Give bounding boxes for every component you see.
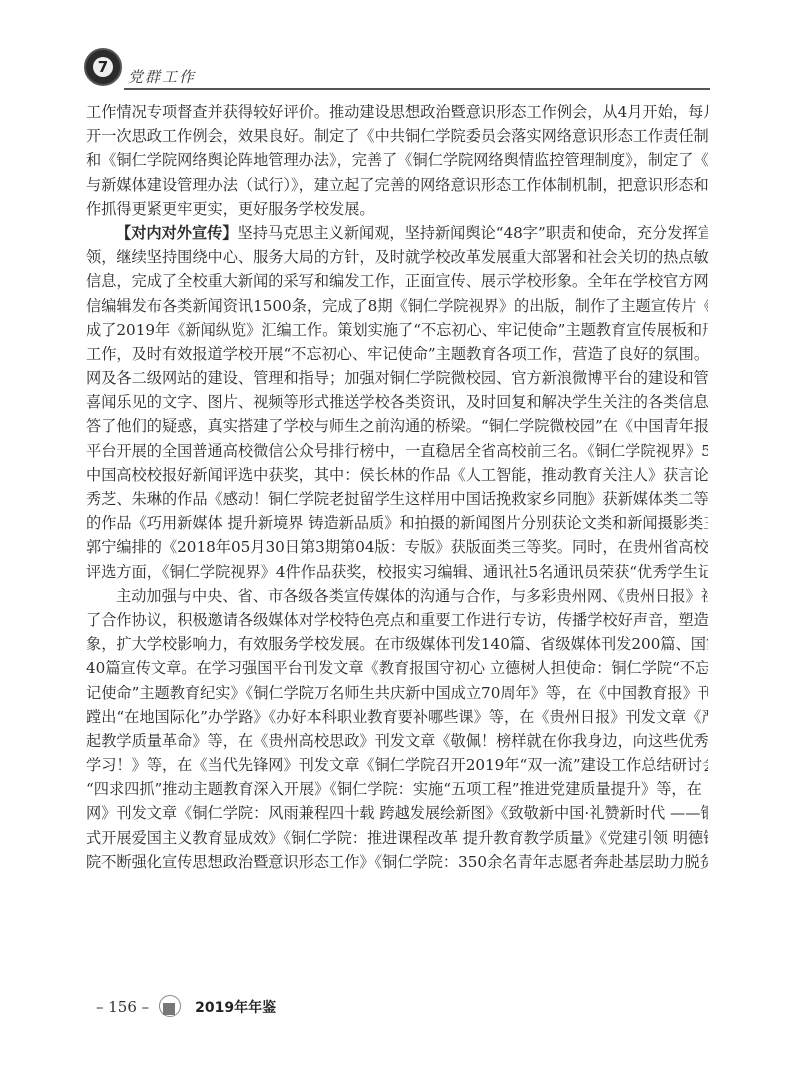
text-line: 与新媒体建设管理办法（试行）》，建立起了完善的网络意识形态工作体制机制，把意识形… (86, 173, 708, 197)
university-logo: 7 (84, 48, 122, 86)
text-line: 秀芝、朱琳的作品《感动！铜仁学院老挝留学生这样用中国话挽救家乡同胞》获新媒体类二… (86, 487, 708, 511)
text-line: 信编辑发布各类新闻资讯1500条，完成了8期《铜仁学院视界》的出版，制作了主题宣… (86, 294, 708, 318)
text-line: 信息，完成了全校重大新闻的采写和编发工作，正面宣传、展示学校形象。全年在学校官方… (86, 269, 708, 293)
article-body: 工作情况专项督查并获得较好评价。推动建设思想政治暨意识形态工作例会，从4月开始，… (86, 100, 708, 874)
text-line: 中国高校校报好新闻评选中获奖，其中：侯长林的作品《人工智能，推动教育关注人》获言… (86, 463, 708, 487)
section-lead-heading: 【对内对外宣传】 (116, 224, 238, 242)
text-line: 象，扩大学校影响力，有效服务学校发展。在市级媒体刊发140篇、省级媒体刊发200… (86, 632, 708, 656)
text-line: 答了他们的疑惑，真实搭建了学校与师生之前沟通的桥梁。“铜仁学院微校园”在《中国青… (86, 414, 708, 438)
text-line: 记使命”主题教育纪实》《铜仁学院万名师生共庆新中国成立70周年》等，在《中国教育… (86, 681, 708, 705)
section-title: 党群工作 (128, 66, 196, 87)
text-line: 工作情况专项督查并获得较好评价。推动建设思想政治暨意识形态工作例会，从4月开始，… (86, 100, 708, 124)
text-line: 【对内对外宣传】坚持马克思主义新闻观，坚持新闻舆论“48字”职责和使命，充分发挥… (86, 221, 708, 245)
text-line: 网》刊发文章《铜仁学院：风雨兼程四十载 跨越发展绘新图》《致敬新中国·礼赞新时代… (86, 801, 708, 825)
text-line: 成了2019年《新闻纵览》汇编工作。策划实施了“不忘初心、牢记使命”主题教育宣传… (86, 318, 708, 342)
text-line: 网及各二级网站的建设、管理和指导；加强对铜仁学院微校园、官方新浪微博平台的建设和… (86, 366, 708, 390)
text-line: 领，继续坚持围绕中心、服务大局的方针，及时就学校改革发展重大部署和社会关切的热点… (86, 245, 708, 269)
text-line: 平台开展的全国普通高校微信公众号排行榜中，一直稳居全省高校前三名。《铜仁学院视界… (86, 439, 708, 463)
paragraph-3: 主动加强与中央、省、市各级各类宣传媒体的沟通与合作，与多彩贵州网、《贵州日报》社… (86, 584, 708, 874)
paragraph-1: 工作情况专项督查并获得较好评价。推动建设思想政治暨意识形态工作例会，从4月开始，… (86, 100, 708, 221)
text-line: 和《铜仁学院网络舆论阵地管理办法》，完善了《铜仁学院网络舆情监控管理制度》，制定… (86, 148, 708, 172)
page-header: 7 党群工作 (84, 46, 710, 92)
text-line: 40篇宣传文章。在学习强国平台刊发文章《教育报国守初心 立德树人担使命：铜仁学院… (86, 656, 708, 680)
yearbook-emblem-icon (159, 995, 185, 1019)
text-line: 院不断强化宣传思想政治暨意识形态工作》《铜仁学院：350余名青年志愿者奔赴基层助… (86, 850, 708, 874)
text-line: 了合作协议，积极邀请各级媒体对学校特色亮点和重要工作进行专访，传播学校好声音，塑… (86, 608, 708, 632)
text-line: 式开展爱国主义教育显成效》《铜仁学院：推进课程改革 提升教育教学质量》《党建引领… (86, 826, 708, 850)
text-line: 作抓得更紧更牢更实，更好服务学校发展。 (86, 197, 708, 221)
publication-title: 2019年年鉴 (195, 997, 276, 1017)
text-span: 坚持马克思主义新闻观，坚持新闻舆论“48字”职责和使命，充分发挥宣传舆论引 (238, 224, 709, 242)
page-number: – 156 – (96, 998, 149, 1016)
text-line: 蹚出“在地国际化”办学路》《办好本科职业教育要补哪些课》等，在《贵州日报》刊发文… (86, 705, 708, 729)
text-line: 的作品《巧用新媒体 提升新境界 铸造新品质》和拍摄的新闻图片分别获论文类和新闻摄… (86, 511, 708, 535)
paragraph-2: 【对内对外宣传】坚持马克思主义新闻观，坚持新闻舆论“48字”职责和使命，充分发挥… (86, 221, 708, 584)
text-line: 评选方面，《铜仁学院视界》4件作品获奖，校报实习编辑、通讯社5名通讯员荣获“优秀… (86, 560, 708, 584)
text-line: 起教学质量革命》等，在《贵州高校思政》刊发文章《敬佩！榜样就在你我身边，向这些优… (86, 729, 708, 753)
text-line: 工作，及时有效报道学校开展“不忘初心、牢记使命”主题教育各项工作，营造了良好的氛… (86, 342, 708, 366)
text-line: 开一次思政工作例会，效果良好。制定了《中共铜仁学院委员会落实网络意识形态工作责任… (86, 124, 708, 148)
page-footer: – 156 – 2019年年鉴 (96, 992, 276, 1022)
text-line: “四求四抓”推动主题教育深入开展》《铜仁学院：实施“五项工程”推进党建质量提升》… (86, 777, 708, 801)
text-line: 学习！》等，在《当代先锋网》刊发文章《铜仁学院召开2019年“双一流”建设工作总… (86, 753, 708, 777)
logo-emblem-icon: 7 (93, 57, 113, 77)
header-rule (124, 88, 710, 90)
text-line: 喜闻乐见的文字、图片、视频等形式推送学校各类资讯，及时回复和解决学生关注的各类信… (86, 390, 708, 414)
text-line: 郭宁编排的《2018年05月30日第3期第04版：专版》获版面类三等奖。同时，在… (86, 535, 708, 559)
text-line: 主动加强与中央、省、市各级各类宣传媒体的沟通与合作，与多彩贵州网、《贵州日报》社… (86, 584, 708, 608)
